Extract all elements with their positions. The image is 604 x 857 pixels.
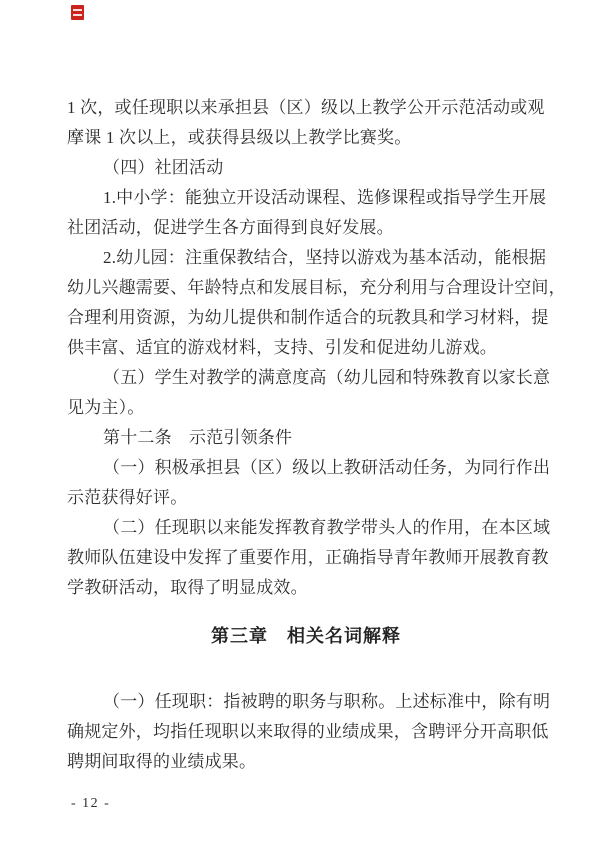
red-stamp-icon: [71, 5, 84, 20]
text-line: 1 次，或任现职以来承担县（区）级以上教学公开示范活动或观: [67, 93, 545, 123]
text-line: 1.中小学：能独立开设活动课程、选修课程或指导学生开展: [67, 183, 545, 213]
document-body: 1 次，或任现职以来承担县（区）级以上教学公开示范活动或观 摩课 1 次以上，或…: [67, 93, 545, 777]
document-page: 1 次，或任现职以来承担县（区）级以上教学公开示范活动或观 摩课 1 次以上，或…: [0, 0, 604, 857]
text-line: 幼儿兴趣需要、年龄特点和发展目标，充分利用与合理设计空间，: [67, 273, 545, 303]
text-line: 聘期间取得的业绩成果。: [67, 747, 545, 777]
text-line: 见为主）。: [67, 393, 545, 423]
text-line: 2.幼儿园：注重保教结合，坚持以游戏为基本活动，能根据: [67, 243, 545, 273]
chapter-heading: 第三章 相关名词解释: [67, 621, 545, 651]
text-line: 教师队伍建设中发挥了重要作用，正确指导青年教师开展教育教: [67, 543, 545, 573]
text-line: 摩课 1 次以上，或获得县级以上教学比赛奖。: [67, 123, 545, 153]
text-line: （五）学生对教学的满意度高（幼儿园和特殊教育以家长意: [67, 363, 545, 393]
text-line: 示范获得好评。: [67, 483, 545, 513]
article-heading-line: 第十二条 示范引领条件: [67, 423, 545, 453]
text-line: 确规定外，均指任现职以来取得的业绩成果，含聘评分开高职低: [67, 717, 545, 747]
page-number: - 12 -: [71, 796, 110, 812]
text-line: （一）任现职：指被聘的职务与职称。上述标准中，除有明: [67, 687, 545, 717]
text-line: （四）社团活动: [67, 153, 545, 183]
text-line: （一）积极承担县（区）级以上教研活动任务，为同行作出: [67, 453, 545, 483]
text-line: 学教研活动，取得了明显成效。: [67, 573, 545, 603]
text-line: 社团活动，促进学生各方面得到良好发展。: [67, 213, 545, 243]
text-line: （二）任现职以来能发挥教育教学带头人的作用，在本区域: [67, 513, 545, 543]
text-line: 合理利用资源，为幼儿提供和制作适合的玩教具和学习材料，提: [67, 303, 545, 333]
text-line: 供丰富、适宜的游戏材料，支持、引发和促进幼儿游戏。: [67, 333, 545, 363]
